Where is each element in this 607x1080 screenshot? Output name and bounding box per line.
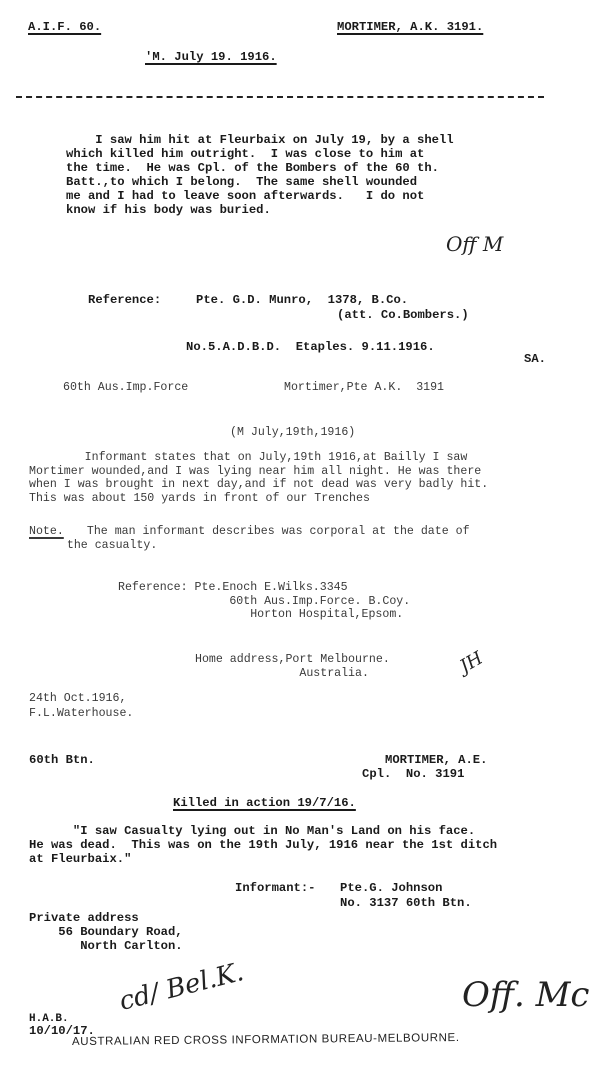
status-date: 'M. July 19. 1916. [145,50,277,64]
source-office: No.5.A.D.B.D. Etaples. 9.11.1916. [186,340,435,354]
informant-name: Pte.G. Johnson [340,881,442,895]
reference-block: Reference: Pte.Enoch E.Wilks.3345 60th A… [118,581,410,622]
handwritten-initials: JH [456,648,486,678]
statement-line: the time. He was Cpl. of the Bombers of … [66,161,454,175]
unit-heading: A.I.F. 60. [28,20,101,34]
note-label: Note. [29,525,64,539]
note-line: the casualty. [46,539,450,553]
statement-line: This was about 150 yards in front of our… [29,492,488,506]
bureau-footer: AUSTRALIAN RED CROSS INFORMATION BUREAU-… [72,1032,460,1048]
soldier-name-heading: MORTIMER, A.K. 3191. [337,20,483,34]
statement-line: me and I had to leave soon afterwards. I… [66,189,454,203]
informant-number: No. 3137 60th Btn. [340,896,472,910]
statement-line: which killed him outright. I was close t… [66,147,454,161]
address-line: Home address,Port Melbourne. [195,653,390,667]
report-date: 24th Oct.1916, [29,692,126,706]
handwritten-signature: Off. Mc [462,975,589,1015]
statement-line: He was dead. This was on the 19th July, … [29,838,497,852]
statement-2-body: Informant states that on July,19th 1916,… [29,451,488,505]
reference-name: Pte. G.D. Munro, 1378, B.Co. [196,293,408,307]
statement-line: when I was brought in next day,and if no… [29,478,488,492]
statement-line: "I saw Casualty lying out in No Man's La… [29,824,497,838]
soldier-name: MORTIMER, A.E. [385,753,487,767]
unit-label: 60th Aus.Imp.Force [63,381,188,395]
statement-line: Mortimer wounded,and I was lying near hi… [29,465,488,479]
reference-line: Reference: Pte.Enoch E.Wilks.3345 [118,581,410,595]
home-address: Home address,Port Melbourne. Australia. [195,653,390,680]
reference-attachment: (att. Co.Bombers.) [337,308,469,322]
status-date: (M July,19th,1916) [230,426,355,440]
address-line: 56 Boundary Road, [29,925,183,939]
informant-label: Informant:- [235,881,315,895]
handwritten-annotation: cd/ Bel.K. [116,957,246,1017]
unit-label: 60th Btn. [29,753,95,767]
clerk-name: F.L.Waterhouse. [29,707,133,721]
note-body: The man informant describes was corporal… [66,525,470,552]
reference-line: 60th Aus.Imp.Force. B.Coy. [118,595,410,609]
reference-line: Horton Hospital,Epsom. [118,608,410,622]
statement-line: Informant states that on July,19th 1916,… [29,451,488,465]
note-line: The man informant describes was corporal… [66,525,470,539]
statement-3-body: "I saw Casualty lying out in No Man's La… [29,824,497,866]
statement-line: I saw him hit at Fleurbaix on July 19, b… [66,133,454,147]
address-line: Private address [29,911,183,925]
statement-line: at Fleurbaix." [29,852,497,866]
address-line: North Carlton. [29,939,183,953]
source-initials: SA. [524,352,546,366]
soldier-name: Mortimer,Pte A.K. 3191 [284,381,444,395]
handwritten-initials: Off M [446,232,503,256]
statement-line: know if his body was buried. [66,203,454,217]
private-address: Private address 56 Boundary Road, North … [29,911,183,953]
divider-rule [16,96,544,98]
reference-label: Reference: [88,293,161,307]
address-line: Australia. [195,667,390,681]
casualty-status: Killed in action 19/7/16. [173,796,356,810]
statement-line: Batt.,to which I belong. The same shell … [66,175,454,189]
statement-1-body: I saw him hit at Fleurbaix on July 19, b… [66,133,454,217]
soldier-rank-number: Cpl. No. 3191 [362,767,464,781]
